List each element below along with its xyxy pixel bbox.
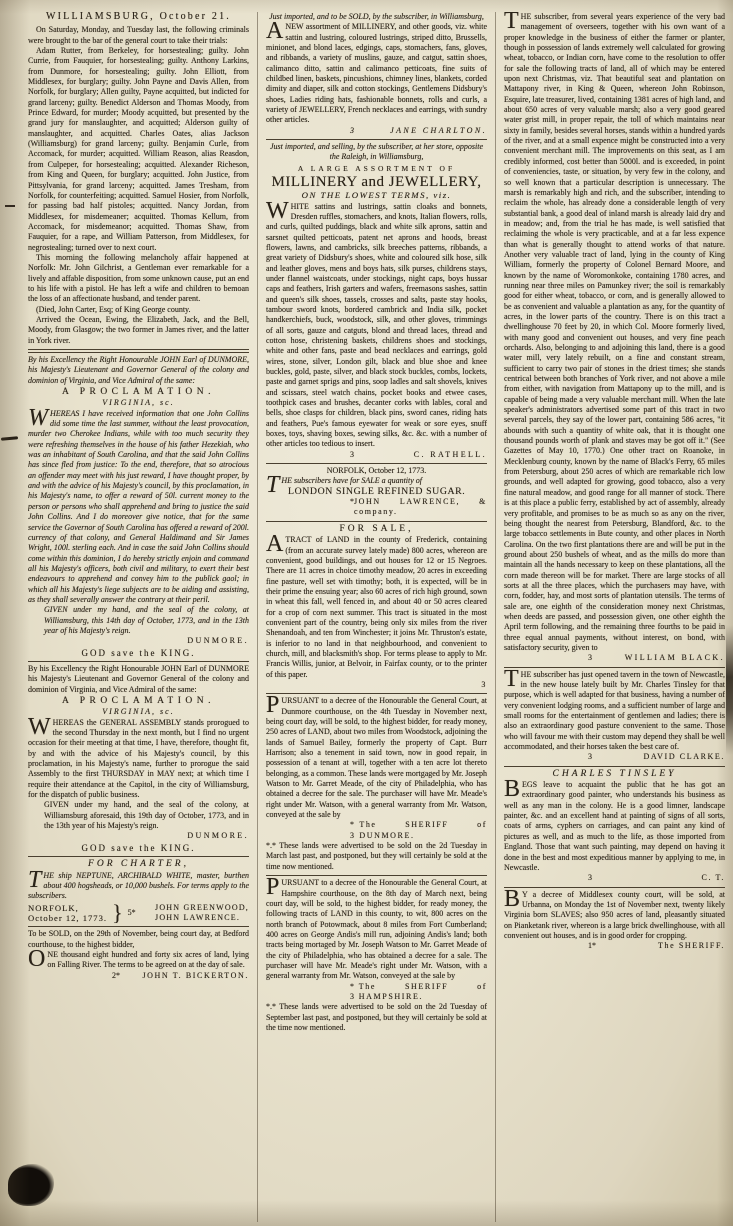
norfolk-suicide-report: This morning the following melancholy af… xyxy=(28,253,249,305)
millinery-ad-charlton: ANEW assortment of MILLINERY, and other … xyxy=(266,22,487,125)
dateline-heading: WILLIAMSBURG, October 21. xyxy=(28,12,249,22)
drop-cap: W xyxy=(266,202,291,221)
sheriff-hampshire-signature: * 3The SHERIFF of HAMPSHIRE. xyxy=(266,982,487,1003)
drop-cap: B xyxy=(504,780,522,799)
drop-cap: T xyxy=(28,871,43,890)
margin-pen-mark xyxy=(5,205,15,207)
column-container: WILLIAMSBURG, October 21.On Saturday, Mo… xyxy=(0,0,733,1222)
david-clarke-signature: 3DAVID CLARKE. xyxy=(504,752,725,762)
obituary: (Died, John Carter, Esq; of King George … xyxy=(28,305,249,315)
newspaper-page: WILLIAMSBURG, October 21.On Saturday, Mo… xyxy=(0,0,733,1226)
court-intro: On Saturday, Monday, and Tuesday last, t… xyxy=(28,25,249,46)
drop-cap: A xyxy=(266,535,285,554)
for-charter-heading: FOR CHARTER, xyxy=(28,859,249,869)
charles-tinsley-heading: CHARLES TINSLEY xyxy=(504,769,725,779)
charter-signature-row: NORFOLK, October 12, 1773.}5*JOHN GREENW… xyxy=(28,903,249,924)
page-edge-smear xyxy=(726,625,733,755)
proclamation-2-preamble: By his Excellency the Right Honourable J… xyxy=(28,664,249,695)
section-rule xyxy=(266,875,487,876)
proclamation-2-virginia: VIRGINIA, sc. xyxy=(28,707,249,717)
signature-name: JANE CHARLTON. xyxy=(390,126,487,136)
section-rule xyxy=(266,693,487,694)
proclamation-2-title: A PROCLAMATION. xyxy=(28,696,249,706)
painter-ad: BEGS leave to acquaint the public that h… xyxy=(504,780,725,873)
proclamation-1-virginia: VIRGINIA, sc. xyxy=(28,398,249,408)
charter-names: JOHN GREENWOOD, JOHN LAWRENCE. xyxy=(155,903,249,924)
assortment-line: A LARGE ASSORTMENT OF xyxy=(266,164,487,174)
section-rule xyxy=(28,856,249,857)
bedford-sale-intro: To be SOLD, on the 29th of November, bei… xyxy=(28,929,249,950)
drop-cap: T xyxy=(504,670,521,689)
section-rule xyxy=(266,521,487,522)
signature-name: JOHN LAWRENCE, & company. xyxy=(354,497,487,518)
column-left: WILLIAMSBURG, October 21.On Saturday, Mo… xyxy=(28,12,249,1222)
signature-name: DAVID CLARKE. xyxy=(643,752,725,762)
charter-place: NORFOLK, October 12, 1773. xyxy=(28,903,107,924)
insertion-mark: 5* xyxy=(128,908,136,918)
pursuant-hampshire-ad: PURSUANT to a decree of the Honourable t… xyxy=(266,878,487,981)
signature-name: The SHERIFF of DUNMORE. xyxy=(359,820,487,841)
insertion-mark: 3 xyxy=(588,873,592,883)
proclamation-2-given: GIVEN under my hand, and the seal of the… xyxy=(44,800,249,831)
section-rule xyxy=(28,349,249,353)
insertion-mark: 1* xyxy=(588,941,596,951)
ct-signature: 3C. T. xyxy=(504,873,725,883)
section-rule xyxy=(504,766,725,767)
section-rule xyxy=(266,463,487,464)
section-rule xyxy=(28,926,249,927)
insertion-mark: 3 xyxy=(588,653,592,663)
proclamation-1-body: WHEREAS I have received information that… xyxy=(28,409,249,606)
section-rule xyxy=(504,887,725,888)
rathell-signature: 3C. RATHELL. xyxy=(266,450,487,460)
insertion-mark: * 3 xyxy=(350,820,359,841)
middlesex-decree-ad: BY a decree of Middlesex county court, w… xyxy=(504,890,725,942)
william-black-signature: 3WILLIAM BLACK. xyxy=(504,653,725,663)
drop-cap: A xyxy=(266,22,285,41)
signature-name: JOHN T. BICKERTON. xyxy=(142,971,249,981)
signature-name: C. RATHELL. xyxy=(414,450,487,460)
signature-name: The SHERIFF. xyxy=(658,941,725,951)
insertion-mark: 3 xyxy=(481,680,487,690)
signature-name: The SHERIFF of HAMPSHIRE. xyxy=(359,982,487,1003)
lowest-terms-line: ON THE LOWEST TERMS, viz. xyxy=(266,190,487,200)
sheriff-dunmore-signature: * 3The SHERIFF of DUNMORE. xyxy=(266,820,487,841)
imported-intro-rathell: Just imported, and selling, by the subsc… xyxy=(266,142,487,163)
drop-cap: T xyxy=(266,476,281,495)
drop-cap: W xyxy=(28,718,53,737)
section-rule xyxy=(266,139,487,140)
drop-cap: P xyxy=(266,696,281,715)
proclamation-1-title: A PROCLAMATION. xyxy=(28,387,249,397)
god-save-king-2: GOD save the KING. xyxy=(28,843,249,853)
god-save-king-1: GOD save the KING. xyxy=(28,648,249,658)
bedford-sale-body: ONE thousand eight hundred and forty six… xyxy=(28,950,249,971)
proclamation-2-signature: DUNMORE. xyxy=(28,831,249,841)
frederick-land-ad: ATRACT of LAND in the county of Frederic… xyxy=(266,535,487,680)
drop-cap: P xyxy=(266,878,281,897)
postponement-note-1: *.* These lands were advertised to be so… xyxy=(266,841,487,872)
imported-intro-charlton: Just imported, and to be SOLD, by the su… xyxy=(266,12,487,22)
newcastle-tavern-ad: THE subscriber has just opened tavern in… xyxy=(504,670,725,753)
proclamation-2-body: WHEREAS the GENERAL ASSEMBLY stands pror… xyxy=(28,718,249,801)
trial-list: Adam Rutter, from Berkeley, for horseste… xyxy=(28,46,249,253)
signature-name: WILLIAM BLACK. xyxy=(625,653,725,663)
bickerton-signature: 2*JOHN T. BICKERTON. xyxy=(28,971,249,981)
black-estates-ad: THE subscriber, from several years exper… xyxy=(504,12,725,653)
millinery-ad-rathell: WHITE sattins and lustrings, sattin cloa… xyxy=(266,202,487,450)
willis-mark-row: 3 xyxy=(266,680,487,690)
signature-name: C. T. xyxy=(702,873,725,883)
column-middle: Just imported, and to be SOLD, by the su… xyxy=(257,12,487,1222)
section-rule xyxy=(28,661,249,662)
insertion-mark: 2* xyxy=(112,971,120,981)
drop-cap: T xyxy=(504,12,521,31)
proclamation-1-signature: DUNMORE. xyxy=(28,636,249,646)
drop-cap: B xyxy=(504,890,522,909)
for-sale-heading: FOR SALE, xyxy=(266,524,487,534)
proclamation-1-given: GIVEN under my hand, and the seal of the… xyxy=(44,605,249,636)
postponement-note-2: *.* These lands were advertised to be so… xyxy=(266,1002,487,1033)
drop-cap: W xyxy=(28,409,50,428)
signature-name: DUNMORE. xyxy=(187,831,249,841)
drop-cap: O xyxy=(28,950,47,969)
lawrence-signature: *JOHN LAWRENCE, & company. xyxy=(266,497,487,518)
insertion-mark: 3 xyxy=(350,450,354,460)
pursuant-dunmore-ad: PURSUANT to a decree of the Honourable t… xyxy=(266,696,487,820)
sugar-product-line: LONDON SINGLE REFINED SUGAR. xyxy=(288,487,487,497)
column-right: THE subscriber, from several years exper… xyxy=(495,12,725,1222)
insertion-mark: 3 xyxy=(588,752,592,762)
brace-glyph: } xyxy=(112,903,123,923)
norfolk-dateline: NORFOLK, October 12, 1773. xyxy=(266,466,487,476)
ship-arrivals: Arrived the Ocean, Ewing, the Elizabeth,… xyxy=(28,315,249,346)
insertion-mark: 3 xyxy=(350,126,354,136)
section-rule xyxy=(504,667,725,668)
signature-name: DUNMORE. xyxy=(187,636,249,646)
sheriff-signature: 1*The SHERIFF. xyxy=(504,941,725,951)
insertion-mark: * 3 xyxy=(350,982,359,1003)
proclamation-1-preamble: By his Excellency the Right Honourable J… xyxy=(28,355,249,386)
charlton-signature: 3JANE CHARLTON. xyxy=(266,126,487,136)
neptune-charter-ad: THE ship NEPTUNE, ARCHIBALD WHITE, maste… xyxy=(28,871,249,902)
millinery-jewellery-title: MILLINERY and JEWELLERY, xyxy=(266,174,487,190)
